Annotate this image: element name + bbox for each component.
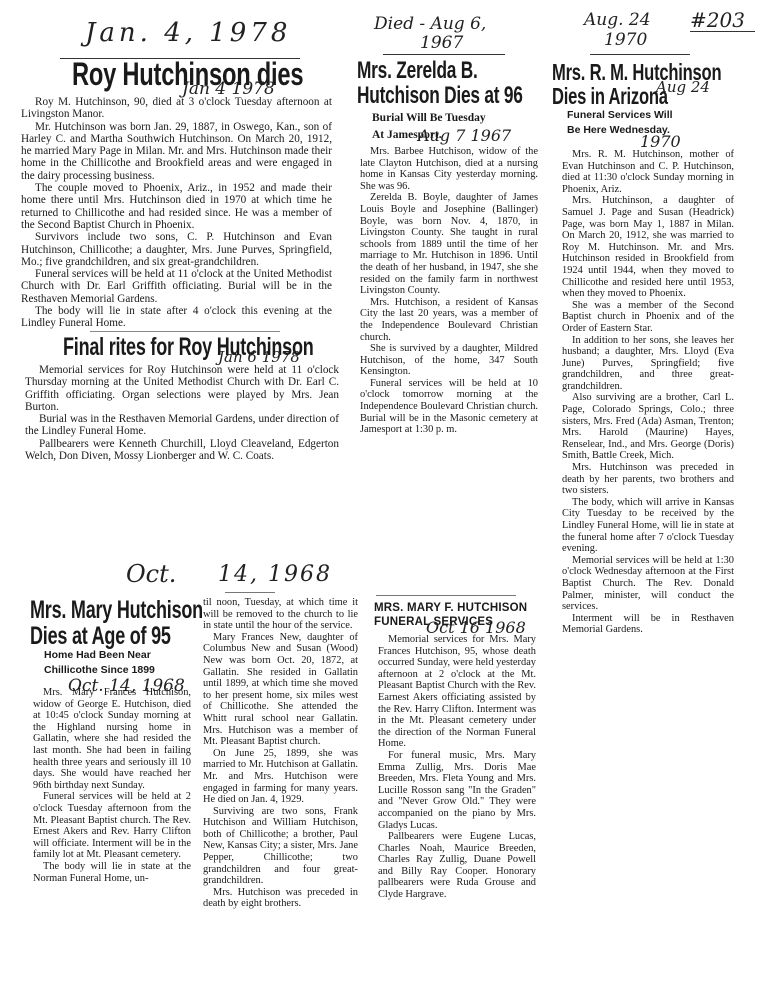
paragraph: Funeral services will be held at 11 o'cl…	[21, 268, 332, 305]
paragraph: Mr. Hutchinson was born Jan. 29, 1887, i…	[21, 121, 332, 182]
archive-number-annotation: #203	[690, 8, 745, 32]
subheadline-line: Home Had Been Near	[44, 648, 155, 663]
paragraph: Memorial services for Mrs. Mary Frances …	[378, 634, 536, 750]
paragraph: Interment will be in Resthaven Memorial …	[562, 613, 734, 636]
article-body: Memorial services for Mrs. Mary Frances …	[378, 634, 536, 901]
headline-line: MRS. MARY F. HUTCHISON	[374, 601, 527, 615]
paragraph: On June 25, 1899, she was married to Mr.…	[203, 748, 358, 806]
paragraph: Funeral services will be held at 10 o'cl…	[360, 378, 538, 436]
handwritten-date: Aug. 24	[584, 10, 651, 30]
handwritten-date: 14, 1968	[218, 562, 332, 587]
article-body: Roy M. Hutchinson, 90, died at 3 o'clock…	[21, 96, 332, 330]
paragraph: For funeral music, Mrs. Mary Emma Zullig…	[378, 750, 536, 831]
paragraph: Roy M. Hutchinson, 90, died at 3 o'clock…	[21, 96, 332, 121]
subheadline-line: Funeral Services Will	[567, 108, 673, 123]
headline-line: Dies at Age of 95	[30, 623, 203, 649]
paragraph: Pallbearers were Kenneth Churchill, Lloy…	[25, 438, 339, 463]
divider	[383, 54, 505, 55]
paragraph: The body will lie in state at the Norman…	[33, 861, 191, 884]
handwritten-date: Died - Aug 6,	[374, 14, 486, 34]
handwritten-note: Aug 7 1967	[418, 126, 511, 145]
paragraph: In addition to her sons, she leaves her …	[562, 335, 734, 393]
paragraph: The body will lie in state after 4 o'clo…	[21, 305, 332, 330]
divider	[225, 592, 275, 593]
handwritten-date: 1967	[420, 33, 463, 53]
handwritten-note: Aug 24	[656, 78, 710, 96]
divider	[690, 31, 755, 32]
article-body: Memorial services for Roy Hutchinson wer…	[25, 364, 339, 462]
paragraph: Mary Frances New, daughter of Columbus N…	[203, 632, 358, 748]
paragraph: Zerelda B. Boyle, daughter of James Loui…	[360, 192, 538, 296]
paragraph: Mrs. R. M. Hutchinson, mother of Evan Hu…	[562, 149, 734, 195]
article-body: Mrs. Barbee Hutchison, widow of the late…	[360, 146, 538, 436]
article-body-column-1: Mrs. Mary Frances Hutchison, widow of Ge…	[33, 687, 191, 884]
paragraph: Mrs. Hutchinson was preceded in death by…	[562, 462, 734, 497]
headline: Mrs. Zerelda B. Hutchison Dies at 96	[357, 58, 523, 108]
paragraph: Surviving are two sons, Frank Hutchison …	[203, 806, 358, 887]
paragraph-continuation: til noon, Tuesday, at which time it will…	[203, 597, 358, 632]
divider	[590, 54, 690, 55]
paragraph: Mrs. Hutchison was preceded in death by …	[203, 887, 358, 910]
article-body-column-2: til noon, Tuesday, at which time it will…	[203, 597, 358, 910]
paragraph: She was a member of the Second Baptist c…	[562, 300, 734, 335]
paragraph: Survivors include two sons, C. P. Hutchi…	[21, 231, 332, 268]
subheadline-line: Burial Will Be Tuesday	[372, 110, 486, 127]
paragraph: Funeral services will be held at 2 o'clo…	[33, 791, 191, 861]
subheadline: Home Had Been Near Chillicothe Since 189…	[44, 648, 155, 678]
headline-line: Mrs. Zerelda B.	[357, 58, 523, 83]
handwritten-date: Jan. 4, 1978	[85, 18, 291, 48]
handwritten-date: 1970	[604, 30, 647, 50]
article-body: Mrs. R. M. Hutchinson, mother of Evan Hu…	[562, 149, 734, 636]
headline-line: Hutchison Dies at 96	[357, 83, 523, 108]
paragraph: Memorial services for Roy Hutchinson wer…	[25, 364, 339, 413]
paragraph: Pallbearers were Eugene Lucas, Charles N…	[378, 831, 536, 901]
paragraph: The couple moved to Phoenix, Ariz., in 1…	[21, 182, 332, 231]
paragraph: Memorial services will be held at 1:30 o…	[562, 555, 734, 613]
handwritten-date: Oct.	[126, 560, 176, 588]
paragraph: Mrs. Mary Frances Hutchison, widow of Ge…	[33, 687, 191, 791]
divider	[376, 595, 516, 596]
paragraph: Mrs. Hutchison, a resident of Kansas Cit…	[360, 297, 538, 343]
paragraph: Mrs. Barbee Hutchison, widow of the late…	[360, 146, 538, 192]
headline: Mrs. Mary Hutchison Dies at Age of 95	[30, 597, 203, 649]
paragraph: Burial was in the Resthaven Memorial Gar…	[25, 413, 339, 438]
divider	[90, 331, 280, 332]
paragraph: She is survived by a daughter, Mildred H…	[360, 343, 538, 378]
paragraph: The body, which will arrive in Kansas Ci…	[562, 497, 734, 555]
headline-line: Mrs. Mary Hutchison	[30, 597, 203, 623]
paragraph: Mrs. Hutchinson, a daughter of Samuel J.…	[562, 195, 734, 299]
paragraph: Also surviving are a brother, Carl L. Pa…	[562, 392, 734, 462]
